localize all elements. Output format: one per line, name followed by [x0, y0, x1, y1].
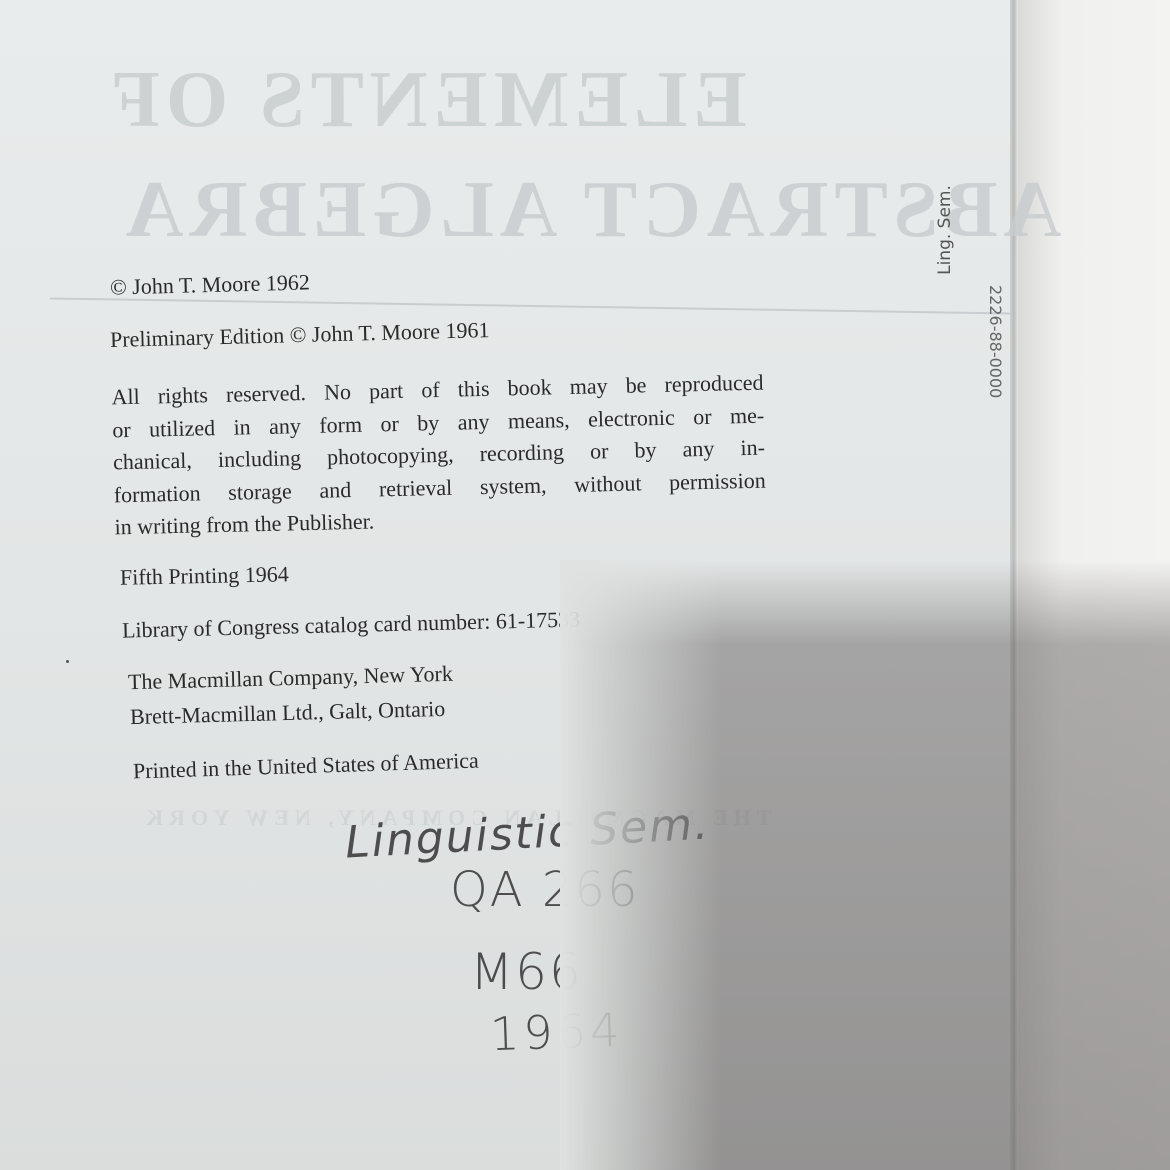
rights-statement: All rights reserved. No part of this boo…: [111, 367, 767, 544]
show-through-title-line-1: ELEMENTS OF: [105, 55, 747, 146]
handwritten-call-number-cutter: M66: [470, 943, 583, 1001]
printing-notice: Fifth Printing 1964: [120, 561, 289, 591]
show-through-title-line-2: ABSTRACT ALGEBRA: [120, 165, 1061, 256]
margin-handwritten-code: 2226-88-0000: [986, 285, 1005, 398]
ink-speck: [66, 660, 69, 663]
copyright-notice: © John T. Moore 1962: [110, 269, 310, 300]
handwritten-call-number-class: QA 266: [450, 862, 640, 918]
handwritten-call-number-year: 1964: [489, 1003, 624, 1062]
margin-handwritten-note: Ling. Sem.: [935, 185, 955, 275]
